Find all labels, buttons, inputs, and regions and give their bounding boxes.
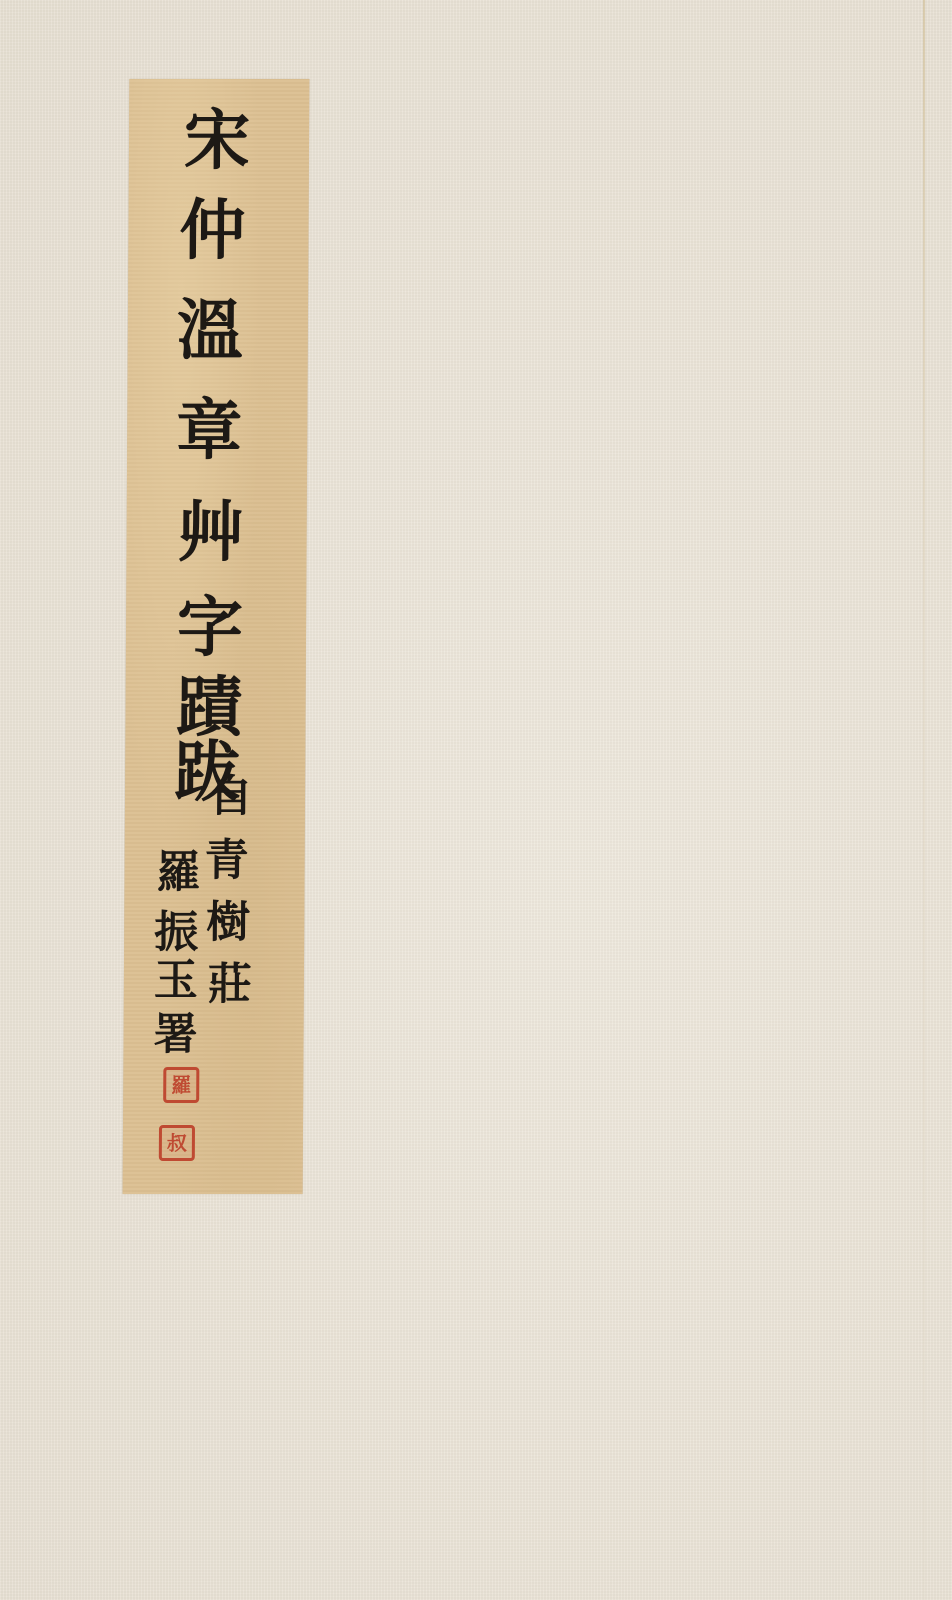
signature-char: 羅 xyxy=(150,851,206,895)
inscription-char: 樹 xyxy=(200,901,256,945)
title-char: 艸 xyxy=(170,499,250,565)
title-char: 章 xyxy=(169,397,249,463)
signature-char: 署 xyxy=(147,1013,203,1057)
inscription-char: 青 xyxy=(198,839,254,883)
signature-char: 玉 xyxy=(148,959,204,1003)
inscription-char: 莊 xyxy=(202,963,258,1007)
title-char: 宋 xyxy=(177,107,257,173)
inscription-char: 自 xyxy=(203,775,259,819)
title-char: 溫 xyxy=(170,297,250,363)
title-char: 字 xyxy=(170,594,250,660)
seal-upper: 羅 xyxy=(163,1067,199,1103)
title-slip: 宋 仲 溫 章 艸 字 蹟 跋 自 青 樹 莊 羅 振 玉 署 羅 叔 xyxy=(123,79,310,1194)
fold-line xyxy=(923,0,925,1600)
title-char: 蹟 xyxy=(169,674,249,740)
seal-lower: 叔 xyxy=(159,1125,195,1161)
signature-char: 振 xyxy=(148,911,204,955)
title-char: 仲 xyxy=(172,197,252,263)
